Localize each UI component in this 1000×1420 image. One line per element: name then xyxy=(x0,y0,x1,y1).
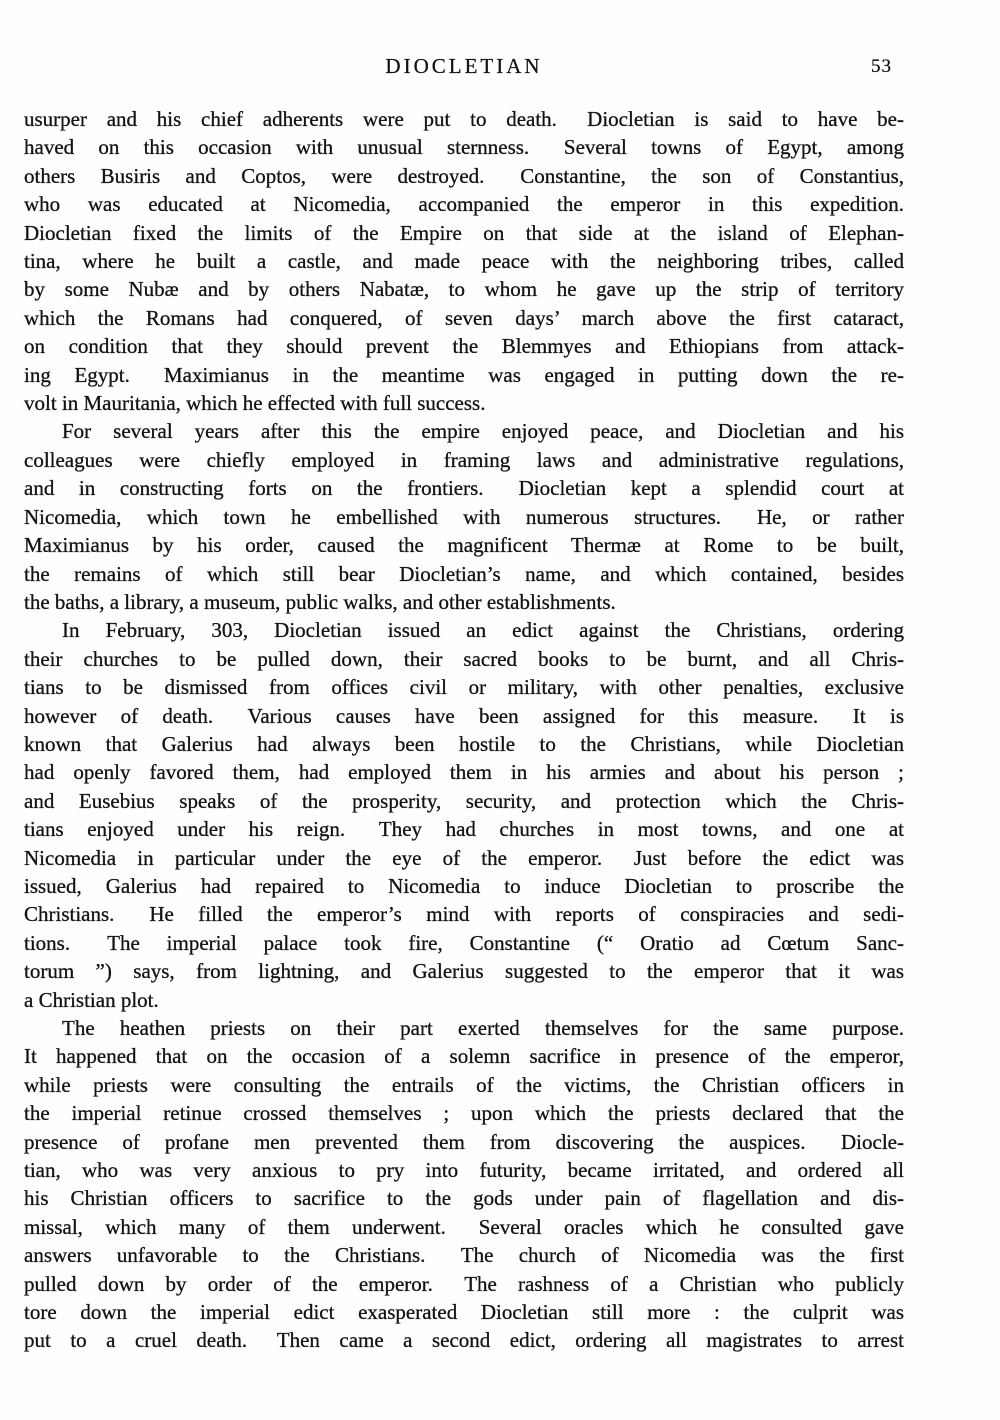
text-line: others Busiris and Coptos, were destroye… xyxy=(24,162,904,190)
text-line: Diocletian fixed the limits of the Empir… xyxy=(24,219,904,247)
paragraph: In February, 303, Diocletian issued an e… xyxy=(24,616,904,1014)
text-line: Christians. He filled the emperor’s mind… xyxy=(24,900,904,928)
text-line: tian, who was very anxious to pry into f… xyxy=(24,1156,904,1184)
text-line: by some Nubæ and by others Nabatæ, to wh… xyxy=(24,275,904,303)
text-line: and in constructing forts on the frontie… xyxy=(24,474,904,502)
text-line: and Eusebius speaks of the prosperity, s… xyxy=(24,787,904,815)
book-page: DIOCLETIAN 53 usurper and his chief adhe… xyxy=(0,0,1000,1420)
text-line: the remains of which still bear Diocleti… xyxy=(24,560,904,588)
text-line: known that Galerius had always been host… xyxy=(24,730,904,758)
text-line: pulled down by order of the emperor. The… xyxy=(24,1270,904,1298)
text-line: however of death. Various causes have be… xyxy=(24,702,904,730)
text-line: who was educated at Nicomedia, accompani… xyxy=(24,190,904,218)
text-line: the baths, a library, a museum, public w… xyxy=(24,588,904,616)
text-line: Maximianus by his order, caused the magn… xyxy=(24,531,904,559)
text-line: Nicomedia, which town he embellished wit… xyxy=(24,503,904,531)
text-line: missal, which many of them underwent. Se… xyxy=(24,1213,904,1241)
text-line: answers unfavorable to the Christians. T… xyxy=(24,1241,904,1269)
text-line: haved on this occasion with unusual ster… xyxy=(24,133,904,161)
text-line: which the Romans had conquered, of seven… xyxy=(24,304,904,332)
text-line: tina, where he built a castle, and made … xyxy=(24,247,904,275)
page-number: 53 xyxy=(871,56,892,78)
text-line: The heathen priests on their part exerte… xyxy=(24,1014,904,1042)
text-line: presence of profane men prevented them f… xyxy=(24,1128,904,1156)
text-line: colleagues were chiefly employed in fram… xyxy=(24,446,904,474)
text-line: For several years after this the empire … xyxy=(24,417,904,445)
text-line: while priests were consulting the entrai… xyxy=(24,1071,904,1099)
text-line: tions. The imperial palace took fire, Co… xyxy=(24,929,904,957)
text-line: the imperial retinue crossed themselves … xyxy=(24,1099,904,1127)
page-title: DIOCLETIAN xyxy=(24,54,904,79)
text-line: Nicomedia in particular under the eye of… xyxy=(24,844,904,872)
text-line: had openly favored them, had employed th… xyxy=(24,758,904,786)
text-line: tians enjoyed under his reign. They had … xyxy=(24,815,904,843)
text-line: volt in Mauritania, which he effected wi… xyxy=(24,389,904,417)
text-line: his Christian officers to sacrifice to t… xyxy=(24,1184,904,1212)
page-body: usurper and his chief adherents were put… xyxy=(24,105,904,1355)
text-line: issued, Galerius had repaired to Nicomed… xyxy=(24,872,904,900)
text-line: In February, 303, Diocletian issued an e… xyxy=(24,616,904,644)
text-line: ing Egypt. Maximianus in the meantime wa… xyxy=(24,361,904,389)
paragraph: The heathen priests on their part exerte… xyxy=(24,1014,904,1355)
text-line: torum ”) says, from lightning, and Galer… xyxy=(24,957,904,985)
text-line: It happened that on the occasion of a so… xyxy=(24,1042,904,1070)
text-line: put to a cruel death. Then came a second… xyxy=(24,1326,904,1354)
text-line: tians to be dismissed from offices civil… xyxy=(24,673,904,701)
paragraph: For several years after this the empire … xyxy=(24,417,904,616)
paragraph: usurper and his chief adherents were put… xyxy=(24,105,904,417)
page-header: DIOCLETIAN 53 xyxy=(24,54,904,82)
text-line: tore down the imperial edict exasperated… xyxy=(24,1298,904,1326)
text-line: usurper and his chief adherents were put… xyxy=(24,105,904,133)
text-line: a Christian plot. xyxy=(24,986,904,1014)
text-line: on condition that they should prevent th… xyxy=(24,332,904,360)
text-line: their churches to be pulled down, their … xyxy=(24,645,904,673)
